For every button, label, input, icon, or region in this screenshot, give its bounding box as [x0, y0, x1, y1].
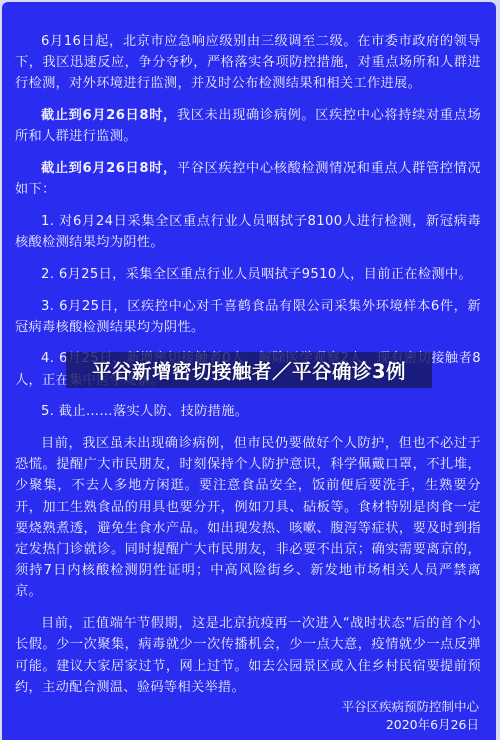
paragraph-holiday: 目前，正值端午节假期，这是北京抗疫再一次进入“战时状态”后的首个小长假。少一次聚… [15, 613, 481, 698]
status-lead: 截止到6月26日8时， [41, 108, 177, 123]
headline-caption-overlay: 平谷新增密切接触者／平谷确诊3例 [66, 352, 432, 388]
paragraph-status: 截止到6月26日8时，我区未出现确诊病例。区疾控中心将持续对重点场所和人群进行监… [15, 105, 481, 147]
testing-lead: 截止到6月26日8时， [41, 161, 177, 176]
signature-organization: 平谷区疾病预防控制中心 [341, 698, 479, 716]
list-item-2: 2. 6月25日，采集全区重点行业人员咽拭子9510人，目前正在检测中。 [15, 264, 481, 285]
list-item-3: 3. 6月25日，区疾控中心对千喜鹤食品有限公司采集外环境样本6件，新冠病毒核酸… [15, 296, 481, 338]
headline-caption-text: 平谷新增密切接触者／平谷确诊3例 [92, 356, 406, 384]
paragraph-testing-header: 截止到6月26日8时，平谷区疾控中心核酸检测情况和重点人群管控情况如下： [15, 158, 481, 200]
list-item-1: 1. 对6月24日采集全区重点行业人员咽拭子8100人进行检测，新冠病毒核酸检测… [15, 211, 481, 253]
paragraph-advice: 目前，我区虽未出现确诊病例，但市民仍要做好个人防护，但也不必过于恐慌。提醒广大市… [15, 433, 481, 603]
image-frame: 6月16日起，北京市应急响应级别由三级调至二级。在市委市政府的领导下，我区迅速反… [0, 0, 500, 740]
paragraph-intro: 6月16日起，北京市应急响应级别由三级调至二级。在市委市政府的领导下，我区迅速反… [15, 31, 481, 95]
signature-date: 2020年6月26日 [386, 716, 479, 734]
list-item-5: 5. 截止……落实人防、技防措施。 [15, 401, 481, 422]
